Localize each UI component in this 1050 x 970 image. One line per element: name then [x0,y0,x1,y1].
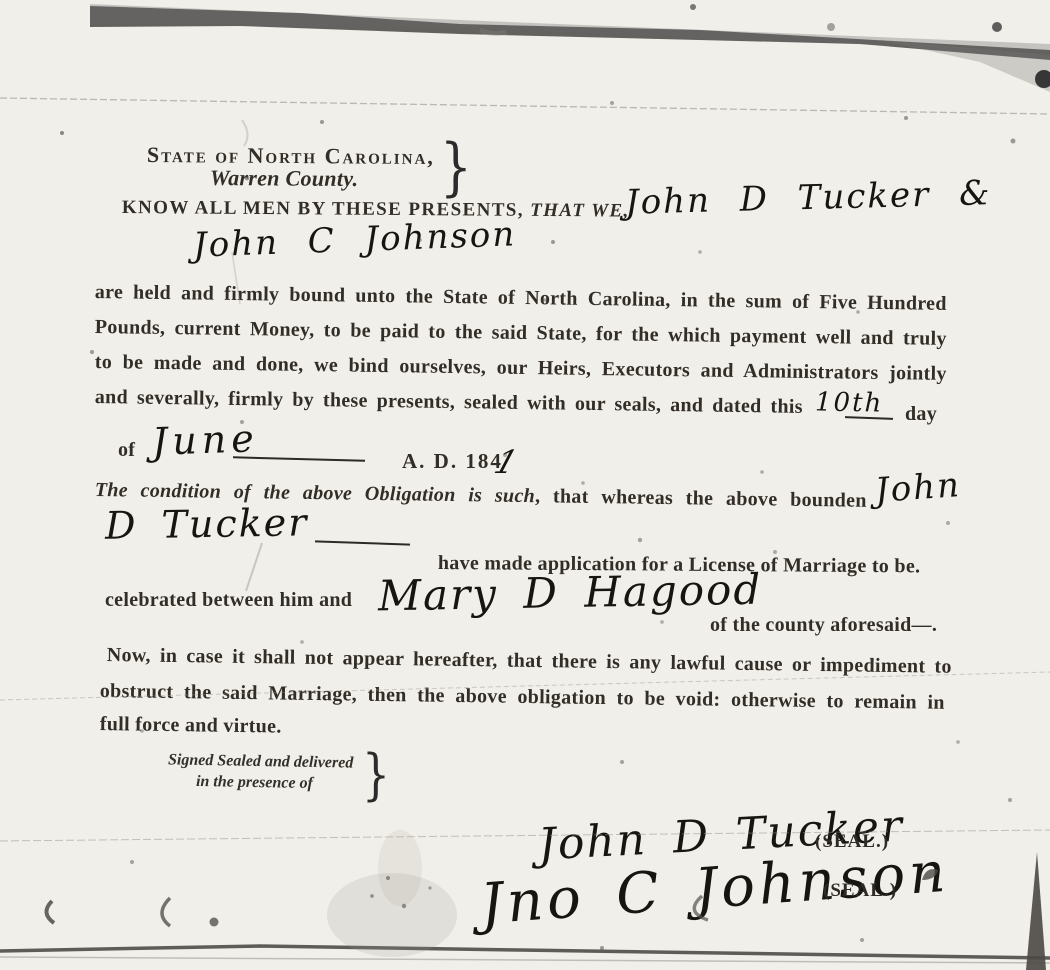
bride-name-handwritten: Mary D Hagood [378,565,763,621]
condition-regular-part: , that whereas the above bounden [535,485,867,512]
bond-day-handwritten: 10th [815,387,884,418]
groom-name-underline [315,540,410,545]
scanned-marriage-bond-page: State of North Carolina, Warren County. … [0,0,1050,970]
bond-line-3: to be made and done, we bind ourselves, … [95,350,947,387]
celebrated-prefix: celebrated between him and [105,588,352,613]
obligor-name-handwritten-1: John D Tucker & [625,173,992,223]
groom-name-handwritten-first: John [874,465,962,511]
bond-day-word: day [905,402,937,427]
witness-brace: } [362,744,390,808]
bond-line-1: are held and firmly bound unto the State… [95,280,947,317]
now-line-3: full force and virtue. [100,712,282,740]
bond-year-prefix: A. D. 184 [402,448,503,474]
witness-line-1: Signed Sealed and delivered [168,751,354,772]
bond-of-word: of [118,438,135,463]
day-underline [845,416,893,420]
now-line-2: obstruct the said Marriage, then the abo… [100,679,945,716]
seal-label-2: (SEAL.) [823,880,897,902]
bond-line-4: and severally, firmly by these presents,… [95,385,803,420]
know-all-emphasis: THAT WE, [530,200,630,222]
bond-line-2: Pounds, current Money, to be paid to the… [95,315,947,352]
header-brace: } [440,131,472,204]
aforesaid-suffix: of the county aforesaid—. [710,613,937,638]
now-line-1: Now, in case it shall not appear hereaft… [107,643,952,680]
witness-line-2: in the presence of [196,773,313,793]
groom-name-handwritten-rest: D Tucker [105,500,309,548]
obligor-name-handwritten-2: John C Johnson [192,214,516,265]
county-line: Warren County. [210,164,359,193]
